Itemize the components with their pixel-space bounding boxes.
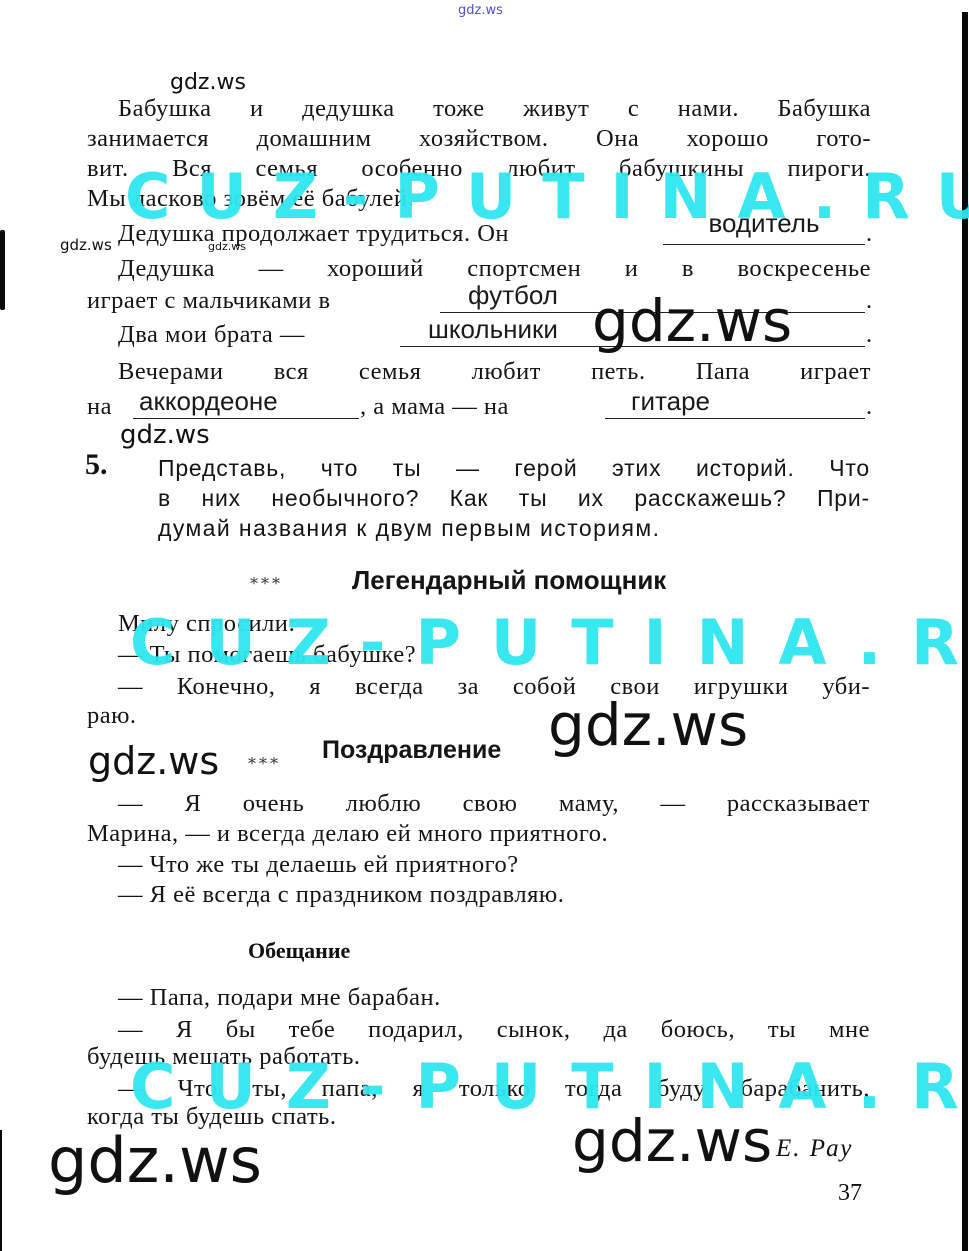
- fill-line-grandpa-works: Дедушка продолжает трудиться. Он: [118, 220, 509, 248]
- answer-blank-mama-instrument: гитаре: [605, 396, 865, 423]
- story-line: — Я её всегда с праздником поздравляю.: [118, 881, 564, 909]
- story-line: раю.: [87, 702, 137, 730]
- page-number: 37: [838, 1180, 862, 1207]
- answer-text: футбол: [440, 282, 558, 308]
- answer-text: гитаре: [605, 388, 710, 414]
- watermark-gdz-large: gdz.ws: [592, 292, 792, 350]
- watermark-gdz-large: gdz.ws: [572, 1112, 772, 1170]
- watermark-gdz-large: gdz.ws: [48, 1130, 262, 1192]
- story-title: Обещание: [248, 938, 350, 964]
- top-watermark: gdz.ws: [458, 3, 503, 18]
- watermark-cyan: CUZ-PUTINA.RU: [130, 1050, 969, 1123]
- fill-prefix: играет с мальчиками в: [87, 287, 331, 315]
- fill-suffix: .: [866, 321, 873, 349]
- fill-suffix: .: [866, 393, 873, 421]
- fill-middle: , а мама — на: [360, 393, 509, 421]
- task-line: думай названия к двум первым историям.: [158, 515, 660, 542]
- section-stars: ***: [250, 574, 283, 593]
- task-line: в них необычного? Как ты их расскажешь? …: [158, 485, 870, 512]
- fill-prefix: Дедушка продолжает трудиться. Он: [118, 220, 509, 247]
- watermark-gdz-large: gdz.ws: [548, 696, 748, 754]
- paragraph-line: Вечерами вся семья любит петь. Папа игра…: [118, 358, 871, 386]
- answer-text: аккордеоне: [133, 388, 278, 414]
- watermark-gdz: gdz.ws: [120, 420, 210, 450]
- story-title: Легендарный помощник: [352, 565, 666, 596]
- watermark-gdz-medium: gdz.ws: [88, 742, 219, 780]
- story-line: — Я бы тебе подарил, сынок, да боюсь, ты…: [118, 1016, 870, 1044]
- paragraph-line: занимается домашним хозяйством. Она хоро…: [87, 125, 871, 153]
- story-title: Поздравление: [322, 736, 501, 765]
- fill-prefix: на: [87, 393, 112, 421]
- fill-suffix: .: [866, 287, 873, 315]
- fill-prefix: Два мои брата —: [118, 321, 305, 349]
- answer-blank-grandpa-job: водитель: [663, 222, 865, 249]
- task-line: Представь, что ты — герой этих историй. …: [158, 455, 870, 482]
- watermark-gdz-small: gdz.ws: [60, 236, 112, 254]
- watermark-gdz: gdz.ws: [170, 70, 246, 95]
- answer-text: водитель: [663, 210, 865, 236]
- task-number: 5.: [85, 448, 108, 482]
- story-line: — Я очень люблю свою маму, — рассказывае…: [118, 790, 870, 818]
- answer-blank-papa-instrument: аккордеоне: [133, 396, 359, 423]
- scan-edge-left-lower: [0, 1130, 2, 1251]
- story-author: Е. Рау: [776, 1135, 853, 1163]
- paragraph-line: Бабушка и дедушка тоже живут с нами. Баб…: [118, 95, 871, 123]
- paragraph-line: Дедушка — хороший спортсмен и в воскресе…: [118, 255, 871, 283]
- scan-edge-left: [0, 230, 5, 310]
- section-stars: ***: [248, 754, 281, 773]
- fill-suffix: .: [866, 220, 873, 248]
- story-line: — Папа, подари мне барабан.: [118, 984, 441, 1012]
- answer-text: школьники: [400, 316, 558, 342]
- story-line: Марина, — и всегда делаю ей много приятн…: [87, 820, 608, 848]
- story-line: — Что же ты делаешь ей приятного?: [118, 851, 519, 879]
- watermark-cyan: CUZ-PUTINA.RU: [130, 606, 969, 679]
